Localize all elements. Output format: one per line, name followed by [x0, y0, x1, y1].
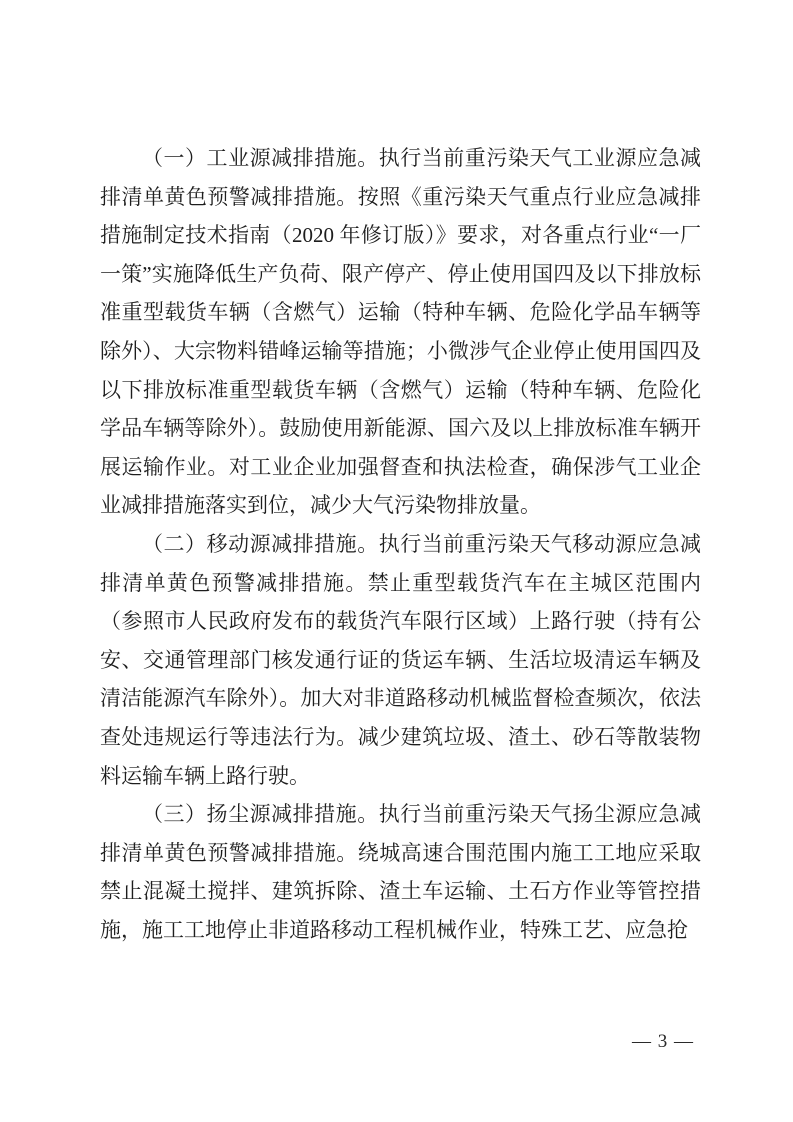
page-number: — 3 —: [603, 1031, 723, 1053]
document-page: （一）工业源减排措施。执行当前重污染天气工业源应急减排清单黄色预警减排措施。按照…: [0, 0, 793, 1122]
document-body: （一）工业源减排措施。执行当前重污染天气工业源应急减排清单黄色预警减排措施。按照…: [100, 139, 701, 949]
paragraph-mobile-source-measures: （二）移动源减排措施。执行当前重污染天气移动源应急减排清单黄色预警减排措施。禁止…: [100, 525, 701, 795]
paragraph-dust-source-measures: （三）扬尘源减排措施。执行当前重污染天气扬尘源应急减排清单黄色预警减排措施。绕城…: [100, 795, 701, 949]
paragraph-industrial-source-measures: （一）工业源减排措施。执行当前重污染天气工业源应急减排清单黄色预警减排措施。按照…: [100, 139, 701, 525]
